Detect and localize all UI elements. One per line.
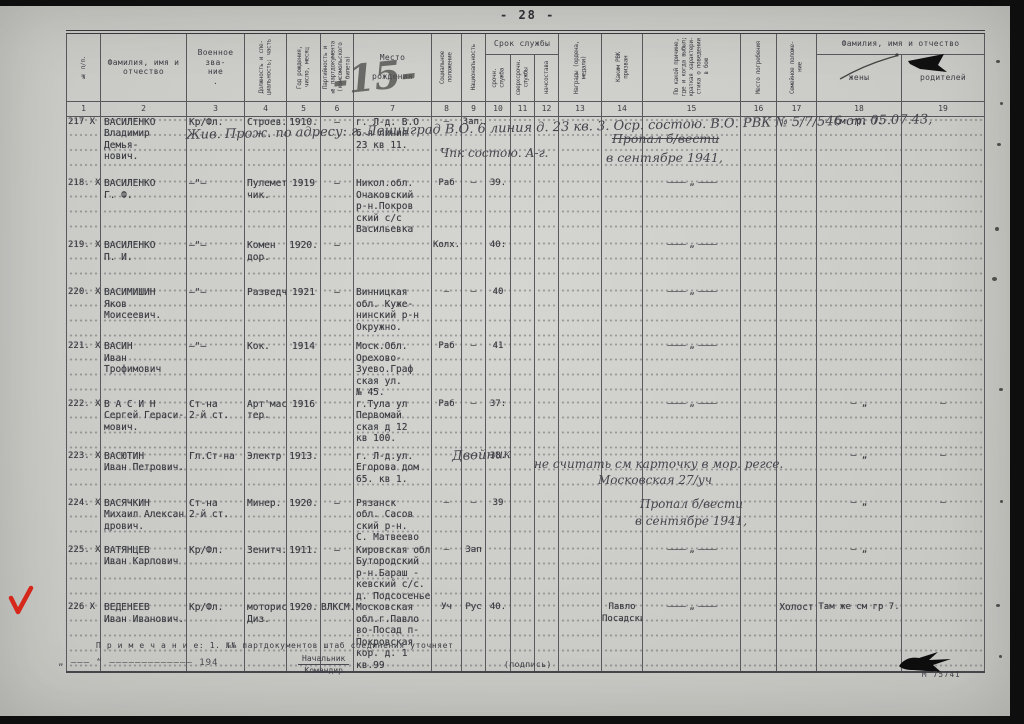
registry-cell: 223. Х xyxy=(67,451,101,498)
registry-cell: Кр/Фл. xyxy=(187,116,245,178)
registry-cell xyxy=(559,545,602,603)
paper-speck xyxy=(996,60,1000,63)
registry-cell: В А С И Н Сергей Гераси- мович. xyxy=(101,399,187,451)
registry-cell: 1910. xyxy=(287,116,321,178)
registry-cell xyxy=(741,451,777,498)
registry-cell: ВАСИЛЕНКО Владимир Демья- нович. xyxy=(101,116,187,178)
registry-cell: 41 xyxy=(486,341,511,399)
registry-row: 223. ХВАСЮТИН Иван Петрович.Гл.Ст-наЭлек… xyxy=(67,451,985,498)
registry-cell: г.Тула ул Первомай ская д 12 кв 100. xyxy=(354,399,432,451)
registry-cell: 218. Х xyxy=(67,178,101,240)
registry-cell xyxy=(741,602,777,672)
registry-cell: 224. Х xyxy=(67,498,101,545)
registry-cell xyxy=(321,399,354,451)
registry-cell: 1919 xyxy=(287,178,321,240)
registry-cell: См гр. 7. xyxy=(817,116,902,178)
column-number: 7 xyxy=(354,101,432,116)
registry-cell xyxy=(817,341,902,399)
registry-cell: ———— „ ———— xyxy=(643,602,741,672)
registry-cell: ВАСИЛЕНКО Г. Ф. xyxy=(101,178,187,240)
registry-cell: ———— „ ———— xyxy=(643,341,741,399)
registry-cell xyxy=(817,240,902,287)
registry-cell: Раб xyxy=(432,399,462,451)
header-burial: Место погребения xyxy=(741,32,777,101)
registry-cell: – xyxy=(432,498,462,545)
registry-cell xyxy=(535,178,559,240)
table-body: 217 ХВАСИЛЕНКО Владимир Демья- нович.Кр/… xyxy=(67,116,985,672)
registry-cell: – xyxy=(462,498,486,545)
registry-table-wrap: № п/п. Фамилия, имя и отчество Военное з… xyxy=(66,30,985,673)
registry-cell xyxy=(511,341,535,399)
registry-cell xyxy=(741,545,777,603)
registry-cell: Моск.Обл. Орехово- Зуево.Граф ская ул. №… xyxy=(354,341,432,399)
registry-cell: – xyxy=(321,287,354,341)
registry-cell xyxy=(559,240,602,287)
registry-cell: Там же см гр 7. xyxy=(817,602,902,672)
registry-cell xyxy=(602,451,643,498)
registry-cell xyxy=(511,287,535,341)
column-number: 16 xyxy=(741,101,777,116)
registry-cell: 1911. xyxy=(287,545,321,603)
column-number-row: 12345678910111213141516171819 xyxy=(67,101,985,116)
registry-cell xyxy=(741,399,777,451)
registry-cell: 1914 xyxy=(287,341,321,399)
paper-speck xyxy=(997,143,1001,146)
registry-cell: 1921 xyxy=(287,287,321,341)
registry-cell xyxy=(741,240,777,287)
registry-cell xyxy=(559,498,602,545)
header-social: Социальное положение xyxy=(432,32,462,101)
registry-cell: – xyxy=(462,178,486,240)
registry-row: 219. ХВАСИЛЕНКО П. И.–"–Комен дор.1920.–… xyxy=(67,240,985,287)
registry-cell xyxy=(777,116,817,178)
registry-cell xyxy=(535,287,559,341)
registry-cell xyxy=(486,116,511,178)
registry-cell: ———— „ ———— xyxy=(643,399,741,451)
column-number: 8 xyxy=(432,101,462,116)
column-number: 18 xyxy=(817,101,902,116)
registry-cell: Гл.Ст-на xyxy=(187,451,245,498)
registry-cell xyxy=(777,341,817,399)
registry-cell xyxy=(535,399,559,451)
registry-cell: 219. Х xyxy=(67,240,101,287)
registry-cell: – xyxy=(321,178,354,240)
footer-official-bottom: Командир xyxy=(298,665,349,675)
registry-cell: – xyxy=(321,240,354,287)
paper-speck xyxy=(996,604,1000,607)
registry-cell xyxy=(741,287,777,341)
registry-cell: – xyxy=(462,451,486,498)
registry-cell: – xyxy=(902,399,985,451)
registry-cell xyxy=(511,498,535,545)
registry-cell: моторист Диз. xyxy=(245,602,287,672)
registry-cell: – xyxy=(432,287,462,341)
registry-cell: 1913. xyxy=(287,451,321,498)
registry-cell: Минер. xyxy=(245,498,287,545)
registry-cell: Рязанск обл. Сасов ский р-н. С. Матвеево xyxy=(354,498,432,545)
registry-cell: ———— „ ———— xyxy=(643,545,741,603)
registry-cell: Ст-на 2-й ст. xyxy=(187,498,245,545)
registry-cell xyxy=(902,178,985,240)
registry-cell: Холост xyxy=(777,602,817,672)
registry-cell: ВАСИЛЕНКО П. И. xyxy=(101,240,187,287)
registry-cell xyxy=(602,178,643,240)
ink-pen-mark-icon xyxy=(826,47,976,87)
header-service-extended: сверхсрочн. службы xyxy=(511,54,535,101)
registry-cell xyxy=(902,240,985,287)
registry-cell xyxy=(777,498,817,545)
registry-cell xyxy=(559,341,602,399)
registry-cell: – xyxy=(321,498,354,545)
registry-cell xyxy=(559,287,602,341)
registry-cell xyxy=(777,178,817,240)
paper-speck xyxy=(992,277,997,281)
registry-row: 218. ХВАСИЛЕНКО Г. Ф.–"–Пулемет чик.1919… xyxy=(67,178,985,240)
registry-cell xyxy=(559,116,602,178)
registry-cell xyxy=(741,341,777,399)
registry-cell: ———— „ ———— xyxy=(643,240,741,287)
registry-cell: Строев. xyxy=(245,116,287,178)
registry-cell: ВАСЮТИН Иван Петрович. xyxy=(101,451,187,498)
registry-cell: ———— „ ———— xyxy=(643,287,741,341)
registry-cell xyxy=(559,178,602,240)
registry-cell: Кировская обл Бутородский р-н.Бараш - ке… xyxy=(354,545,432,603)
registry-cell xyxy=(777,287,817,341)
registry-cell: Раб xyxy=(432,178,462,240)
footer-officials: Начальник Командир xyxy=(298,654,349,675)
registry-cell: ВАСИН Иван Трофимович xyxy=(101,341,187,399)
column-number: 3 xyxy=(187,101,245,116)
registry-cell: – „ xyxy=(817,498,902,545)
registry-cell xyxy=(602,116,643,178)
header-party: Партийность и № партдокумента (комсомоль… xyxy=(321,32,354,101)
header-rank: Военное зва- ние . xyxy=(187,32,245,101)
registry-cell: Электр xyxy=(245,451,287,498)
paper-speck xyxy=(999,655,1002,658)
column-number: 14 xyxy=(602,101,643,116)
registry-cell xyxy=(511,545,535,603)
registry-cell: Московская обл.г.Павло во-Посад п- Покро… xyxy=(354,602,432,672)
column-number: 13 xyxy=(559,101,602,116)
registry-row: 225. ХВАТЯНЦЕВ Иван КарповичКр/Фл.Зенитч… xyxy=(67,545,985,603)
header-service-officer: начсостава xyxy=(535,54,559,101)
paper-speck xyxy=(1000,102,1003,105)
header-num: № п/п. xyxy=(67,32,101,101)
registry-cell xyxy=(602,545,643,603)
registry-cell xyxy=(777,399,817,451)
registry-cell xyxy=(643,116,741,178)
registry-cell: Ст-на 2-й ст. xyxy=(187,399,245,451)
registry-row: 224. ХВАСЯЧКИН Михаил Алексан дрович.Ст-… xyxy=(67,498,985,545)
registry-cell xyxy=(902,341,985,399)
registry-cell: – xyxy=(462,341,486,399)
registry-cell xyxy=(602,240,643,287)
registry-cell: 221. Х xyxy=(67,341,101,399)
footer-signature-label: (подпись) xyxy=(504,660,552,669)
registry-cell: – xyxy=(321,545,354,603)
column-number: 9 xyxy=(462,101,486,116)
registry-cell xyxy=(535,341,559,399)
registry-cell xyxy=(511,240,535,287)
registry-cell: ВАТЯНЦЕВ Иван Карпович xyxy=(101,545,187,603)
registry-cell: –"– xyxy=(187,240,245,287)
registry-cell: ———— „ ———— xyxy=(643,178,741,240)
column-number: 1 xyxy=(67,101,101,116)
registry-cell: 40: xyxy=(486,240,511,287)
registry-cell: Комен дор. xyxy=(245,240,287,287)
footer-date-line: „ ——— “ ————————————— 194 xyxy=(58,658,218,668)
registry-cell: 220. Х xyxy=(67,287,101,341)
registry-cell: –"– xyxy=(187,287,245,341)
header-group-service-term: Срок службы xyxy=(486,32,559,54)
registry-cell: 1920. xyxy=(287,498,321,545)
registry-cell xyxy=(535,116,559,178)
registry-cell xyxy=(602,287,643,341)
registry-cell: Павло Посадским xyxy=(602,602,643,672)
registry-cell xyxy=(741,498,777,545)
column-number: 11 xyxy=(511,101,535,116)
column-number: 10 xyxy=(486,101,511,116)
registry-row: 222. ХВ А С И Н Сергей Гераси- мович.Ст-… xyxy=(67,399,985,451)
scanned-registry-page: { "page": { "number": "- 28 -", "stamp":… xyxy=(0,0,1024,724)
registry-cell: 1920. xyxy=(287,240,321,287)
registry-cell xyxy=(643,498,741,545)
header-rvk: Каким РВК призван xyxy=(602,32,643,101)
registry-cell xyxy=(511,399,535,451)
registry-cell: 38. xyxy=(486,451,511,498)
registry-cell xyxy=(486,545,511,603)
registry-cell: – xyxy=(321,116,354,178)
stamp-number: М 75741 xyxy=(922,670,961,679)
registry-cell xyxy=(902,116,985,178)
header-service-regular: срочн. служба xyxy=(486,54,511,101)
registry-cell: – xyxy=(902,498,985,545)
registry-cell xyxy=(354,240,432,287)
registry-cell: 39. xyxy=(486,178,511,240)
column-number: 15 xyxy=(643,101,741,116)
registry-cell xyxy=(535,498,559,545)
registry-cell: 225. Х xyxy=(67,545,101,603)
registry-cell: – xyxy=(432,545,462,603)
footer-note: П р и м е ч а н и е: 1. №№ партдокументо… xyxy=(96,641,453,650)
registry-cell: г. Л-д.ул. Егорова дом 65. кв 1. xyxy=(354,451,432,498)
registry-cell: – xyxy=(902,451,985,498)
registry-cell xyxy=(817,287,902,341)
header-loss-reason: По какой причине, где и когда выбыл; кра… xyxy=(643,32,741,101)
registry-row: 217 ХВАСИЛЕНКО Владимир Демья- нович.Кр/… xyxy=(67,116,985,178)
registry-cell: Арт'мас тер. xyxy=(245,399,287,451)
registry-cell xyxy=(741,178,777,240)
header-awards: Награды (ордена, медали) xyxy=(559,32,602,101)
registry-cell: – xyxy=(432,116,462,178)
registry-cell xyxy=(559,399,602,451)
registry-cell: 39 xyxy=(486,498,511,545)
registry-cell: г. Л-д. В.О 6-я линия 23 кв 11. xyxy=(354,116,432,178)
registry-cell: Пулемет чик. xyxy=(245,178,287,240)
registry-cell xyxy=(559,602,602,672)
registry-cell xyxy=(741,116,777,178)
registry-cell: 40 xyxy=(486,287,511,341)
registry-cell: 37: xyxy=(486,399,511,451)
registry-cell xyxy=(462,240,486,287)
registry-cell xyxy=(321,451,354,498)
registry-cell xyxy=(602,498,643,545)
column-number: 19 xyxy=(902,101,985,116)
registry-cell: – xyxy=(462,287,486,341)
registry-cell xyxy=(511,451,535,498)
registry-cell xyxy=(559,451,602,498)
registry-cell: Винницкая обл. Куже- нинский р-н Окружно… xyxy=(354,287,432,341)
registry-cell xyxy=(602,341,643,399)
paper-speck xyxy=(995,227,999,231)
registry-cell xyxy=(902,287,985,341)
registry-cell xyxy=(535,451,559,498)
footer-official-top: Начальник xyxy=(298,654,349,665)
registry-cell xyxy=(602,399,643,451)
header-family-status: Семейное положе- ние xyxy=(777,32,817,101)
registry-cell: Колх. xyxy=(432,240,462,287)
paper-speck xyxy=(999,388,1003,391)
header-nationality: Национальность xyxy=(462,32,486,101)
registry-cell: Никол.обл. Очаковский р-н.Покров ский с/… xyxy=(354,178,432,240)
header-duty: Должность и спе- циальность; часть xyxy=(245,32,287,101)
registry-cell xyxy=(643,451,741,498)
registry-row: 220. ХВАСИМИШИН Яков Моисеевич.–"–Развед… xyxy=(67,287,985,341)
registry-cell: Зенитч. xyxy=(245,545,287,603)
page-number: - 28 - xyxy=(500,8,555,22)
registry-cell: –"– xyxy=(187,178,245,240)
registry-cell: Кр/Фл. xyxy=(187,545,245,603)
registry-cell xyxy=(817,178,902,240)
registry-cell: Раб xyxy=(432,341,462,399)
registry-cell: Уч xyxy=(432,602,462,672)
registry-cell: Зап. xyxy=(462,116,486,178)
registry-cell: Разведч xyxy=(245,287,287,341)
column-number: 12 xyxy=(535,101,559,116)
column-number: 6 xyxy=(321,101,354,116)
registry-cell xyxy=(432,451,462,498)
registry-row: 221. ХВАСИН Иван Трофимович–"–Кок.1914Мо… xyxy=(67,341,985,399)
registry-cell: ВАСЯЧКИН Михаил Алексан дрович. xyxy=(101,498,187,545)
registry-cell: –"– xyxy=(187,341,245,399)
registry-cell: – „ xyxy=(817,399,902,451)
registry-cell xyxy=(777,240,817,287)
registry-cell xyxy=(321,341,354,399)
registry-cell: ВАСИМИШИН Яков Моисеевич. xyxy=(101,287,187,341)
registry-cell: Кок. xyxy=(245,341,287,399)
paper-speck xyxy=(1000,500,1003,503)
header-birth-year: Год рождения, число, месяц xyxy=(287,32,321,101)
registry-cell xyxy=(902,545,985,603)
registry-cell xyxy=(511,178,535,240)
registry-cell: – „ xyxy=(817,545,902,603)
column-number: 4 xyxy=(245,101,287,116)
header-birth-place: Место рождения xyxy=(354,32,432,101)
registry-cell: 217 Х xyxy=(67,116,101,178)
column-number: 2 xyxy=(101,101,187,116)
registry-cell: Рус xyxy=(462,602,486,672)
registry-cell xyxy=(777,451,817,498)
registry-cell xyxy=(535,240,559,287)
registry-cell: 222. Х xyxy=(67,399,101,451)
registry-cell xyxy=(777,545,817,603)
registry-cell: Зап xyxy=(462,545,486,603)
red-checkmark xyxy=(5,585,37,619)
registry-cell: – „ xyxy=(817,451,902,498)
registry-cell xyxy=(511,116,535,178)
registry-cell xyxy=(535,545,559,603)
column-number: 5 xyxy=(287,101,321,116)
registry-table: № п/п. Фамилия, имя и отчество Военное з… xyxy=(66,30,985,673)
registry-cell: – xyxy=(462,399,486,451)
column-number: 17 xyxy=(777,101,817,116)
registry-cell: 1916 xyxy=(287,399,321,451)
header-name: Фамилия, имя и отчество xyxy=(101,32,187,101)
